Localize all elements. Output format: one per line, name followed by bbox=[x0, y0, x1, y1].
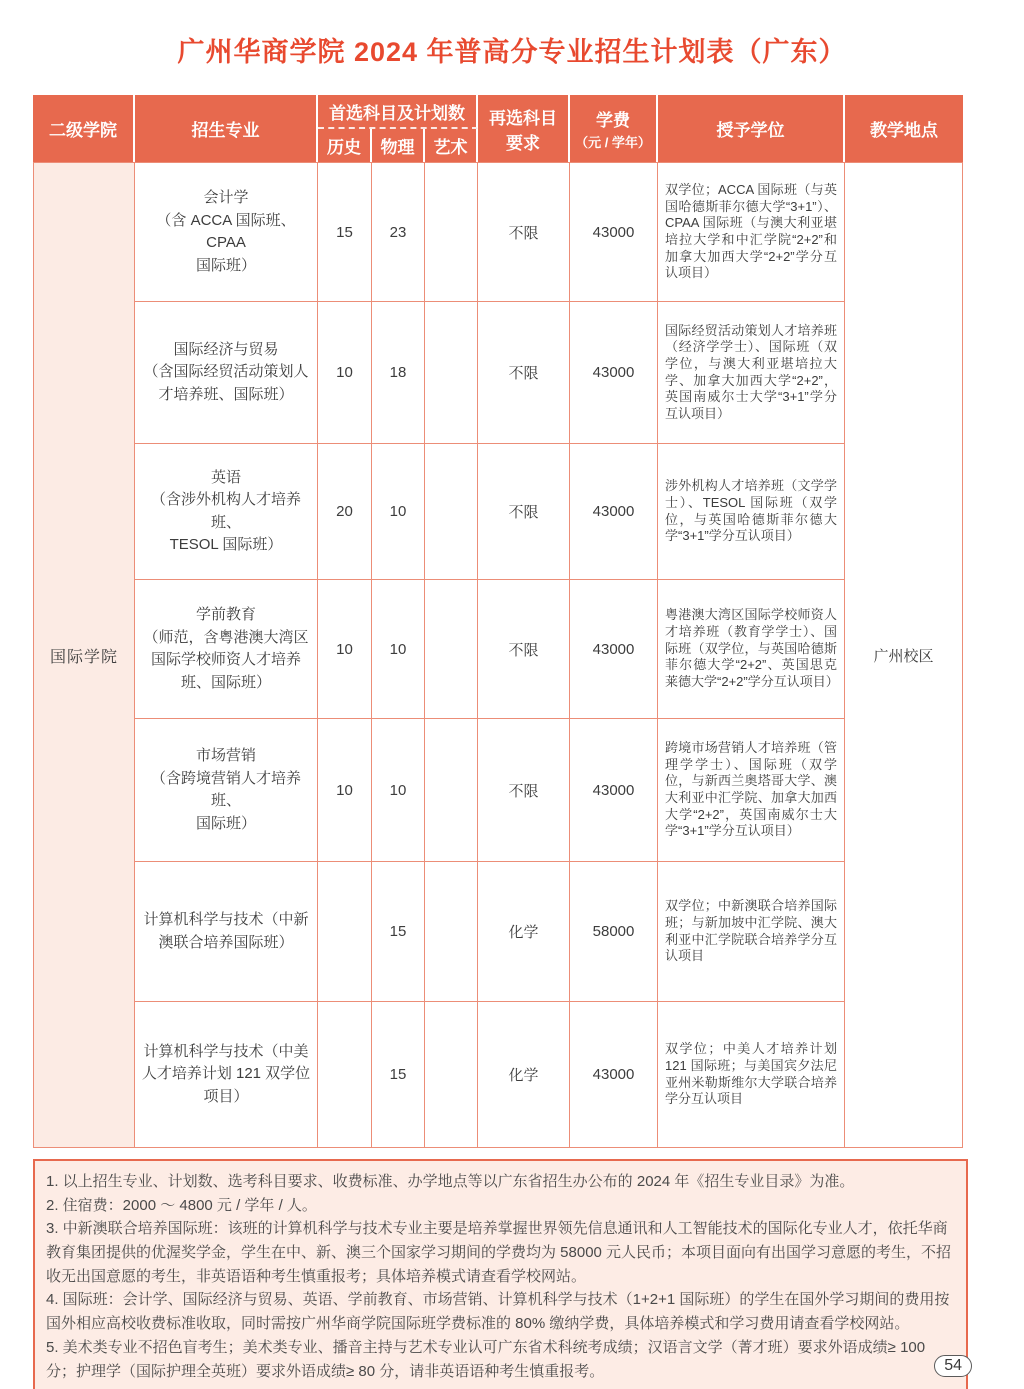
col-header-history: 历史 bbox=[318, 129, 372, 162]
art-count-cell bbox=[425, 719, 478, 862]
location-cell: 广州校区 bbox=[845, 162, 963, 1148]
fee-cell: 43000 bbox=[570, 719, 658, 862]
major-cell: 计算机科学与技术（中美 人才培养计划 121 双学位 项目） bbox=[135, 1002, 318, 1148]
table-row: 计算机科学与技术（中新 澳联合培养国际班） 15 化学 58000 双学位；中新… bbox=[33, 862, 963, 1002]
art-count-cell bbox=[425, 444, 478, 580]
table-row: 市场营销 （含跨境营销人才培养班、 国际班） 10 10 不限 43000 跨境… bbox=[33, 719, 963, 862]
fee-label-line2: （元 / 学年） bbox=[572, 132, 654, 151]
table-row: 计算机科学与技术（中美 人才培养计划 121 双学位 项目） 15 化学 430… bbox=[33, 1002, 963, 1148]
physics-count-cell: 15 bbox=[372, 862, 425, 1002]
fee-cell: 43000 bbox=[570, 444, 658, 580]
reselect-cell: 化学 bbox=[478, 862, 570, 1002]
table-row: 英语 （含涉外机构人才培养班、 TESOL 国际班） 20 10 不限 4300… bbox=[33, 444, 963, 580]
art-count-cell bbox=[425, 1002, 478, 1148]
history-count-cell bbox=[318, 862, 372, 1002]
reselect-cell: 不限 bbox=[478, 719, 570, 862]
degree-cell: 双学位；中新澳联合培养国际班；与新加坡中汇学院、澳大利亚中汇学院联合培养学分互认… bbox=[658, 862, 845, 1002]
document-page: 广州华商学院 2024 年普高分专业招生计划表（广东） 二级学院 招生专业 首选… bbox=[0, 0, 1024, 1389]
degree-cell: 双学位；ACCA 国际班（与英国哈德斯菲尔德大学“3+1”）、CPAA 国际班（… bbox=[658, 162, 845, 302]
note-item: 5. 美术类专业不招色盲考生；美术类专业、播音主持与艺术专业认可广东省术科统考成… bbox=[46, 1336, 953, 1383]
col-header-fee: 学费 （元 / 学年） bbox=[570, 95, 658, 162]
art-count-cell bbox=[425, 862, 478, 1002]
physics-count-cell: 23 bbox=[372, 162, 425, 302]
note-item: 3. 中新澳联合培养国际班：该班的计算机科学与技术专业主要是培养掌握世界领先信息… bbox=[46, 1217, 953, 1288]
major-cell: 市场营销 （含跨境营销人才培养班、 国际班） bbox=[135, 719, 318, 862]
major-cell: 计算机科学与技术（中新 澳联合培养国际班） bbox=[135, 862, 318, 1002]
physics-count-cell: 10 bbox=[372, 580, 425, 719]
degree-cell: 粤港澳大湾区国际学校师资人才培养班（教育学学士）、国际班（双学位，与英国哈德斯菲… bbox=[658, 580, 845, 719]
degree-cell: 双学位；中美人才培养计划 121 国际班；与美国宾夕法尼亚州米勒斯维尔大学联合培… bbox=[658, 1002, 845, 1148]
degree-cell: 跨境市场营销人才培养班（管理学学士）、国际班（双学位，与新西兰奥塔哥大学、澳大利… bbox=[658, 719, 845, 862]
fee-label-line1: 学费 bbox=[596, 111, 630, 130]
table-row: 学前教育 （师范，含粤港澳大湾区 国际学校师资人才培养 班、国际班） 10 10… bbox=[33, 580, 963, 719]
art-count-cell bbox=[425, 302, 478, 444]
degree-cell: 涉外机构人才培养班（文学学士）、TESOL 国际班（双学位，与英国哈德斯菲尔德大… bbox=[658, 444, 845, 580]
table-row: 国际学院 会计学 （含 ACCA 国际班、CPAA 国际班） 15 23 不限 … bbox=[33, 162, 963, 302]
reselect-cell: 不限 bbox=[478, 580, 570, 719]
major-cell: 会计学 （含 ACCA 国际班、CPAA 国际班） bbox=[135, 162, 318, 302]
history-count-cell: 15 bbox=[318, 162, 372, 302]
history-count-cell: 10 bbox=[318, 302, 372, 444]
note-item: 2. 住宿费：2000 ～ 4800 元 / 学年 / 人。 bbox=[46, 1194, 953, 1218]
col-header-college: 二级学院 bbox=[33, 95, 135, 162]
major-cell: 国际经济与贸易 （含国际经贸活动策划人 才培养班、国际班） bbox=[135, 302, 318, 444]
college-cell: 国际学院 bbox=[33, 162, 135, 1148]
degree-cell: 国际经贸活动策划人才培养班（经济学学士）、国际班（双学位，与澳大利亚堪培拉大学、… bbox=[658, 302, 845, 444]
col-header-reselect: 再选科目 要求 bbox=[478, 95, 570, 162]
col-header-subject-group: 首选科目及计划数 bbox=[318, 95, 478, 129]
physics-count-cell: 10 bbox=[372, 444, 425, 580]
reselect-cell: 化学 bbox=[478, 1002, 570, 1148]
page-title: 广州华商学院 2024 年普高分专业招生计划表（广东） bbox=[0, 0, 1024, 69]
reselect-cell: 不限 bbox=[478, 162, 570, 302]
major-cell: 学前教育 （师范，含粤港澳大湾区 国际学校师资人才培养 班、国际班） bbox=[135, 580, 318, 719]
col-header-major: 招生专业 bbox=[135, 95, 318, 162]
table-header: 二级学院 招生专业 首选科目及计划数 再选科目 要求 学费 （元 / 学年） 授… bbox=[33, 95, 963, 162]
physics-count-cell: 18 bbox=[372, 302, 425, 444]
history-count-cell bbox=[318, 1002, 372, 1148]
art-count-cell bbox=[425, 580, 478, 719]
fee-cell: 43000 bbox=[570, 302, 658, 444]
physics-count-cell: 15 bbox=[372, 1002, 425, 1148]
col-header-art: 艺术 bbox=[425, 129, 478, 162]
note-item: 4. 国际班：会计学、国际经济与贸易、英语、学前教育、市场营销、计算机科学与技术… bbox=[46, 1288, 953, 1335]
col-header-location: 教学地点 bbox=[845, 95, 963, 162]
fee-cell: 43000 bbox=[570, 580, 658, 719]
col-header-physics: 物理 bbox=[372, 129, 425, 162]
history-count-cell: 20 bbox=[318, 444, 372, 580]
reselect-cell: 不限 bbox=[478, 444, 570, 580]
table-row: 国际经济与贸易 （含国际经贸活动策划人 才培养班、国际班） 10 18 不限 4… bbox=[33, 302, 963, 444]
fee-cell: 43000 bbox=[570, 1002, 658, 1148]
physics-count-cell: 10 bbox=[372, 719, 425, 862]
reselect-cell: 不限 bbox=[478, 302, 570, 444]
fee-cell: 58000 bbox=[570, 862, 658, 1002]
notes-panel: 1. 以上招生专业、计划数、选考科目要求、收费标准、办学地点等以广东省招生办公布… bbox=[33, 1159, 968, 1389]
art-count-cell bbox=[425, 162, 478, 302]
col-header-degree: 授予学位 bbox=[658, 95, 845, 162]
note-item: 1. 以上招生专业、计划数、选考科目要求、收费标准、办学地点等以广东省招生办公布… bbox=[46, 1170, 953, 1194]
page-number-badge: 54 bbox=[934, 1355, 972, 1377]
history-count-cell: 10 bbox=[318, 719, 372, 862]
major-cell: 英语 （含涉外机构人才培养班、 TESOL 国际班） bbox=[135, 444, 318, 580]
history-count-cell: 10 bbox=[318, 580, 372, 719]
fee-cell: 43000 bbox=[570, 162, 658, 302]
admission-plan-table: 二级学院 招生专业 首选科目及计划数 再选科目 要求 学费 （元 / 学年） 授… bbox=[33, 95, 963, 1148]
